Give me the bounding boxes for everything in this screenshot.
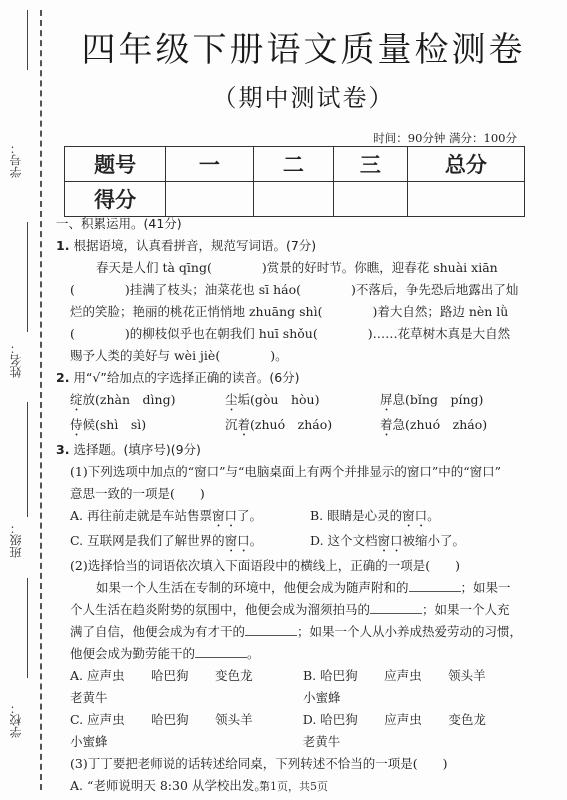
fill-blank[interactable] [370, 601, 422, 614]
score-table-score-row: 得分 [65, 182, 525, 217]
q3-1-stem: (1)下列选项中加点的“窗口”与“电脑桌面上有两个并排显示的窗口”中的“窗口” [56, 461, 556, 483]
pinyin-item[interactable]: 屏息(bǐng píng) [380, 389, 483, 414]
q3-3-stem: (3)丁丁要把老师说的话转述给同桌，下列转述不恰当的一项是( ) [56, 753, 556, 775]
question-text: 用“√”给加点的字选择正确的读音。(6分) [73, 370, 299, 385]
table-header-cell: 二 [253, 147, 334, 182]
option-d[interactable]: D. 这个文档窗口被缩小了。 [310, 530, 465, 555]
q2-row: 绽放(zhàn dìng) 尘垢(gòu hòu) 屏息(bǐng píng) [56, 389, 556, 414]
table-header-cell: 三 [334, 147, 408, 182]
q3-2-passage: 他便会成为勤劳能干的。 [56, 643, 556, 665]
q3-2-passage: 个人生活在趋炎附势的氛围中，他便会成为溜须拍马的；如果一个人充 [56, 599, 556, 621]
pinyin-item[interactable]: 沉着(zhuó zháo) [225, 414, 380, 439]
option-b[interactable]: B. 眼睛是心灵的窗口。 [310, 505, 440, 530]
q3-1-stem: 意思一致的一项是( ) [56, 483, 556, 505]
q1-line: 赐予人类的美好与 wèi jiè( )。 [56, 345, 556, 367]
question-text: 选择题。(填序号)(9分) [73, 442, 200, 457]
option-d[interactable]: D. 哈巴狗 应声虫 变色龙 老黄牛 [303, 709, 556, 753]
table-row-label: 得分 [65, 182, 166, 217]
q3-1-options: C. 互联网是我们了解世界的窗口。 D. 这个文档窗口被缩小了。 [56, 530, 556, 555]
section-heading: 一、积累运用。(41分) [56, 213, 556, 235]
q3-1-options: A. 再往前走就是车站售票窗口了。 B. 眼睛是心灵的窗口。 [56, 505, 556, 530]
pinyin-item[interactable]: 着急(zhuó zháo) [380, 414, 487, 439]
option-c[interactable]: C. 应声虫 哈巴狗 领头羊 小蜜蜂 [70, 709, 303, 753]
page-title: 四年级下册语文质量检测卷 [0, 22, 567, 71]
q1-line: 春天是人们 tà qīng( )赏景的好时节。你瞧，迎春花 shuài xiān [56, 257, 556, 279]
pinyin-item[interactable]: 绽放(zhàn dìng) [70, 389, 225, 414]
score-table-header-row: 题号 一 二 三 总分 [65, 147, 525, 182]
question-number: 3. [56, 442, 69, 457]
question-3-prompt: 3. 选择题。(填序号)(9分) [56, 439, 556, 461]
option-b[interactable]: B. 哈巴狗 应声虫 领头羊 小蜜蜂 [303, 665, 556, 709]
question-1-prompt: 1. 根据语境，认真看拼音，规范写词语。(7分) [56, 235, 556, 257]
fill-blank[interactable] [195, 645, 247, 658]
question-2-prompt: 2. 用“√”给加点的字选择正确的读音。(6分) [56, 367, 556, 389]
option-a[interactable]: A. 应声虫 哈巴狗 变色龙 老黄牛 [70, 665, 303, 709]
fill-blank[interactable] [245, 623, 297, 636]
q3-2-options: C. 应声虫 哈巴狗 领头羊 小蜜蜂 D. 哈巴狗 应声虫 变色龙 老黄牛 [56, 709, 556, 753]
q1-line: ( )挂满了枝头；油菜花也 sī háo( )不落后，争先恐后地露出了灿 [56, 279, 556, 301]
exam-content: 一、积累运用。(41分) 1. 根据语境，认真看拼音，规范写词语。(7分) 春天… [56, 213, 556, 797]
question-number: 1. [56, 238, 69, 253]
q3-2-passage: 如果一个人生活在专制的环境中，他便会成为随声附和的；如果一 [56, 577, 556, 599]
score-cell[interactable] [407, 182, 524, 217]
class-line[interactable] [27, 578, 28, 678]
student-number-label: 学号： [7, 130, 27, 190]
name-label: 姓名： [7, 330, 27, 390]
score-cell[interactable] [253, 182, 334, 217]
name-line[interactable] [27, 402, 28, 517]
q3-2-passage: 满了自信，他便会成为有才干的；如果一个人从小养成热爱劳动的习惯， [56, 621, 556, 643]
option-a[interactable]: A. 再往前走就是车站售票窗口了。 [70, 505, 310, 530]
class-label: 班级： [7, 510, 27, 570]
question-text: 根据语境，认真看拼音，规范写词语。(7分) [73, 238, 316, 253]
table-header-cell: 一 [166, 147, 253, 182]
student-number-line[interactable] [27, 222, 28, 332]
table-header-cell: 题号 [65, 147, 166, 182]
page-subtitle: （期中测试卷） [0, 78, 567, 113]
fill-blank[interactable] [409, 579, 461, 592]
page-footer: 第1页，共5页 [0, 778, 567, 794]
q3-2-options: A. 应声虫 哈巴狗 变色龙 老黄牛 B. 哈巴狗 应声虫 领头羊 小蜜蜂 [56, 665, 556, 709]
score-cell[interactable] [166, 182, 253, 217]
q1-line: 烂的笑脸；艳丽的桃花正悄悄地 zhuāng shì( )着大自然；路边 nèn … [56, 301, 556, 323]
score-table: 题号 一 二 三 总分 得分 [64, 146, 525, 217]
binding-dashed-line [40, 10, 42, 790]
school-label: 学校： [7, 690, 27, 750]
q3-2-stem: (2)选择恰当的词语依次填入下面语段中的横线上，正确的一项是( ) [56, 555, 556, 577]
score-cell[interactable] [334, 182, 408, 217]
q2-row: 侍候(shì sì) 沉着(zhuó zháo) 着急(zhuó zháo) [56, 414, 556, 439]
pinyin-item[interactable]: 侍候(shì sì) [70, 414, 225, 439]
q1-line: ( )的柳枝似乎也在朝我们 huī shǒu( )……花草树木真是大自然 [56, 323, 556, 345]
time-score-info: 时间：90分钟 满分：100分 [373, 130, 517, 146]
table-header-cell: 总分 [407, 147, 524, 182]
option-c[interactable]: C. 互联网是我们了解世界的窗口。 [70, 530, 310, 555]
pinyin-item[interactable]: 尘垢(gòu hòu) [225, 389, 380, 414]
question-number: 2. [56, 370, 69, 385]
